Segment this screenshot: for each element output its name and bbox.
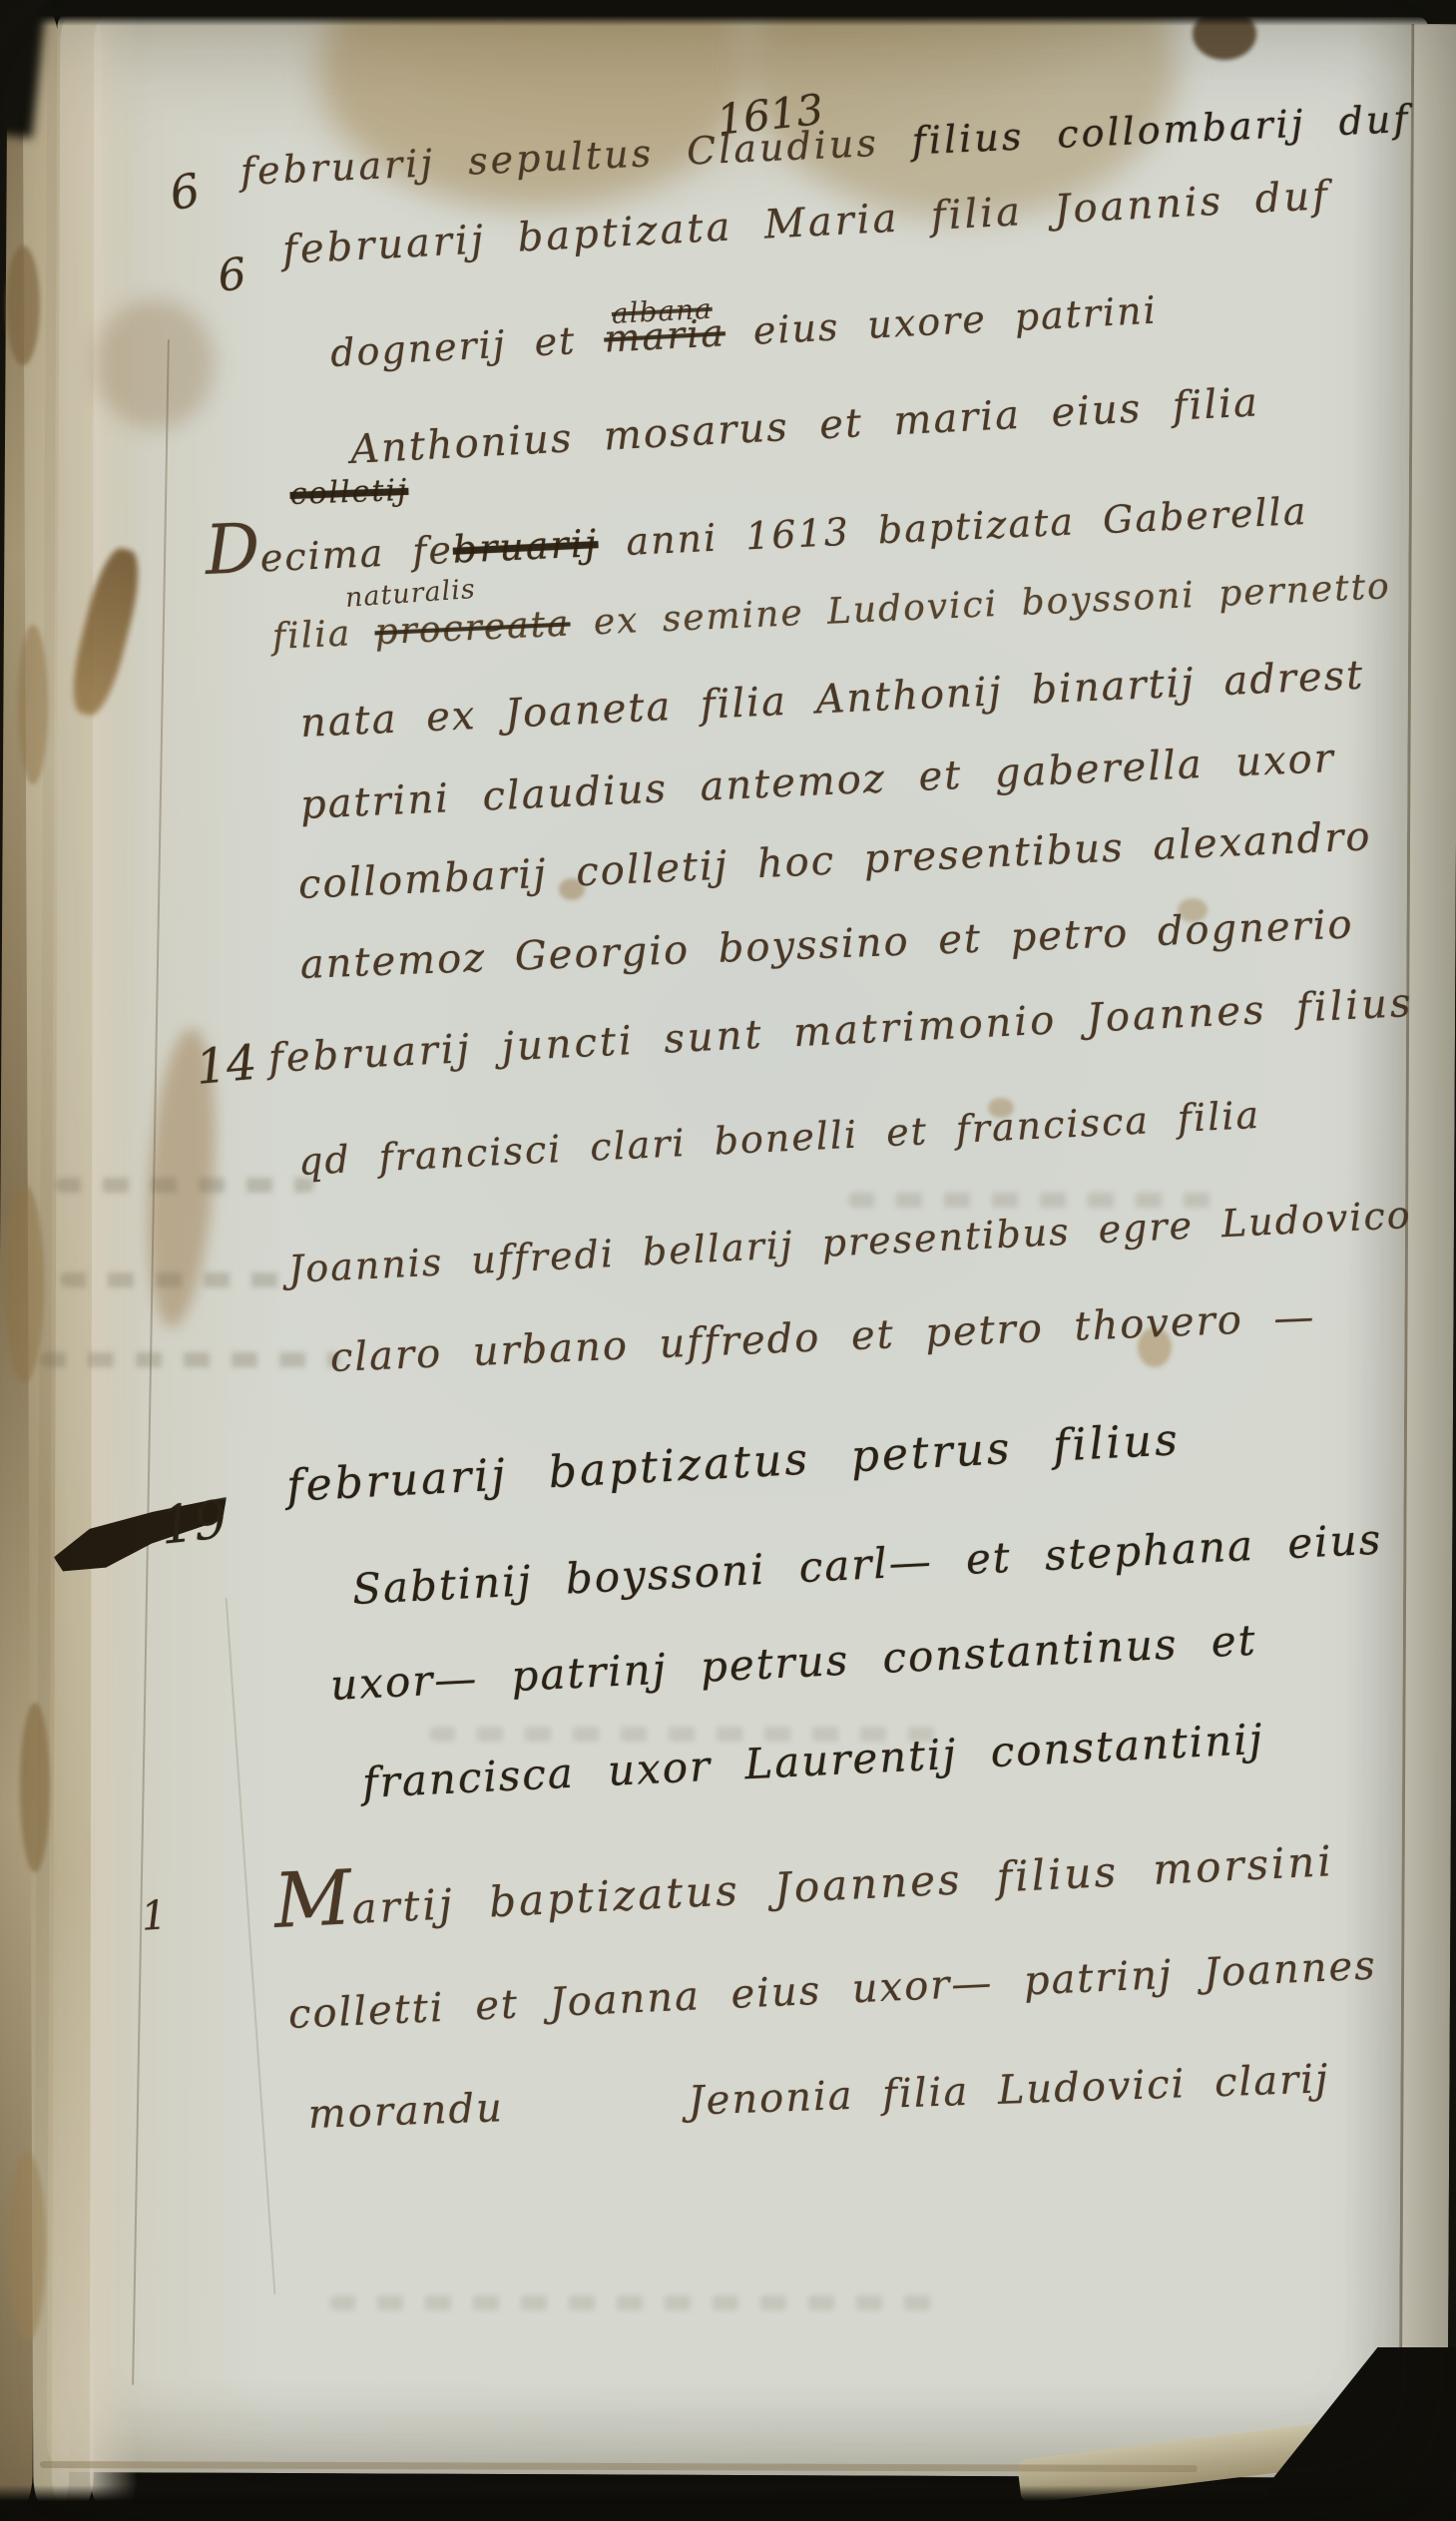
entry-text-dark: filius collombarij duf <box>911 97 1411 164</box>
entry-line: francisca uxor Laurentij constantinij <box>361 1715 1265 1807</box>
entry-text: dognerij et <box>329 317 605 375</box>
manuscript-photo: 1613 6 februarij sepultus Claudius filiu… <box>0 0 1456 2521</box>
entry-line: dognerij et maria eius uxore patrini <box>329 288 1159 375</box>
entry-text: filia <box>271 612 376 658</box>
entry-text: anni 1613 baptizata Gaberella <box>597 489 1308 565</box>
entry-line: qd francisci clari bonelli et francisca … <box>297 1093 1261 1184</box>
entry-line: nata ex Joaneta filia Anthonij binartij … <box>299 653 1365 747</box>
entry-line: colletij <box>289 473 409 512</box>
interlinear-addition: albana <box>611 292 714 330</box>
strikethrough-text: colletij <box>289 473 409 512</box>
entry-line: Martij baptizatus Joannes filius morsini <box>273 1836 1335 1937</box>
entry-date-number: 1 <box>140 1892 169 1940</box>
entry-line: februarij baptizatus petrus filius <box>285 1414 1182 1512</box>
entry-line: februarij juncti sunt matrimonio Joannes… <box>267 980 1414 1082</box>
strikethrough-text: bruarij <box>452 521 600 572</box>
background-bottom <box>0 2485 1456 2521</box>
entry-line: Joannis uffredi bellarij presentibus egr… <box>287 1193 1413 1291</box>
entry-line: claro urbano uffredo et petro thovero — <box>329 1294 1316 1381</box>
entry-line: antemoz Georgio boyssino et petro dogner… <box>299 901 1354 988</box>
entry-line: februarij baptizata Maria filia Joannis … <box>281 173 1331 273</box>
entry-date-number: 19 <box>158 1490 230 1557</box>
handwriting-layer: 1613 6 februarij sepultus Claudius filiu… <box>0 0 1456 2521</box>
entry-line: uxor— patrinj petrus constantinus et <box>329 1616 1258 1710</box>
background-top <box>0 0 1456 26</box>
entry-date-number: 14 <box>194 1035 259 1096</box>
strikethrough-text: procreata <box>374 603 572 653</box>
entry-line: Anthonius mosarus et maria eius filia <box>349 379 1260 473</box>
entry-text: eius uxore patrini <box>725 288 1159 355</box>
entry-text: Decima fe <box>205 528 454 583</box>
entry-date-number: 6 <box>216 249 248 302</box>
entry-line: patrini claudius antemoz et gaberella ux… <box>299 736 1336 828</box>
entry-text: ex semine Ludovici boyssoni pernetto <box>569 566 1391 644</box>
entry-text: Jenonia filia Ludovici clarij <box>688 2056 1330 2124</box>
entry-date-number: 6 <box>166 163 204 221</box>
entry-line: moranduJenonia filia Ludovici clarij <box>307 2056 1330 2138</box>
entry-line: collombarij colletij hoc presentibus ale… <box>297 813 1372 908</box>
entry-line: colletti et Joanna eius uxor— patrinj Jo… <box>287 1942 1378 2037</box>
entry-line: Sabtinij boyssoni carl— et stephana eius <box>351 1515 1383 1614</box>
entry-text: morandu <box>307 2085 505 2138</box>
